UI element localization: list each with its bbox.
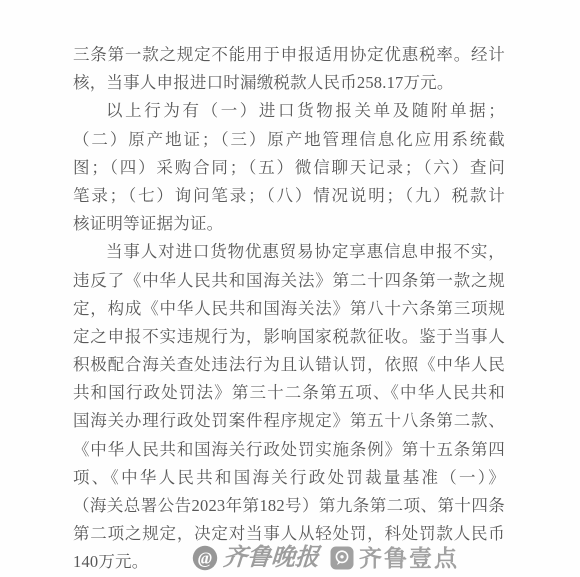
text-line: 积极配合海关查处违法行为且认错认罚，依照《中华人民	[73, 351, 505, 379]
text-line: 项、《中华人民共和国海关行政处罚裁量基准（一）》	[73, 464, 505, 492]
text-line: 三条第一款之规定不能用于申报适用协定优惠税率。经计	[73, 41, 505, 69]
text-line: 图；（四）采购合同；（五）微信聊天记录；（六）查问	[73, 154, 505, 182]
qilu-yidian-app-icon	[330, 546, 354, 570]
text-line: 定之申报不实违规行为，影响国家税款征收。鉴于当事人	[73, 323, 505, 351]
text-line: 笔录；（七）询问笔录；（八）情况说明；（九）税款计	[73, 182, 505, 210]
text-line: 以上行为有（一）进口货物报关单及随附单据；	[73, 97, 505, 125]
text-line: 违反了《中华人民共和国海关法》第二十四条第一款之规	[73, 267, 505, 295]
document-page: 三条第一款之规定不能用于申报适用协定优惠税率。经计 核，当事人申报进口时漏缴税款…	[0, 0, 580, 577]
qilu-evening-news-label: 齐鲁晚报	[222, 545, 320, 571]
text-line: 当事人对进口货物优惠贸易协定享惠信息申报不实，	[73, 238, 505, 266]
text-line: 共和国行政处罚法》第三十二条第五项、《中华人民共和	[73, 379, 505, 407]
qilu-yidian-label: 齐鲁壹点	[359, 545, 459, 571]
text-line: 核证明等证据为证。	[73, 210, 505, 238]
text-line: 《中华人民共和国海关行政处罚实施条例》第十五条第四	[73, 436, 505, 464]
text-line: 核，当事人申报进口时漏缴税款人民币258.17万元。	[73, 69, 505, 97]
qilu-evening-news-logo-icon: @	[192, 545, 218, 571]
news-watermark: @ 齐鲁晚报 齐鲁壹点	[192, 542, 459, 574]
text-line: 国海关办理行政处罚案件程序规定》第五十八条第二款、	[73, 407, 505, 435]
text-line: （二）原产地证；（三）原产地管理信息化应用系统截	[73, 126, 505, 154]
svg-text:@: @	[198, 549, 212, 568]
document-text-block: 三条第一款之规定不能用于申报适用协定优惠税率。经计 核，当事人申报进口时漏缴税款…	[73, 41, 505, 577]
text-line: 定，构成《中华人民共和国海关法》第八十六条第三项规	[73, 295, 505, 323]
text-line: （海关总署公告2023年第182号）第九条第二项、第十四条	[73, 492, 505, 520]
